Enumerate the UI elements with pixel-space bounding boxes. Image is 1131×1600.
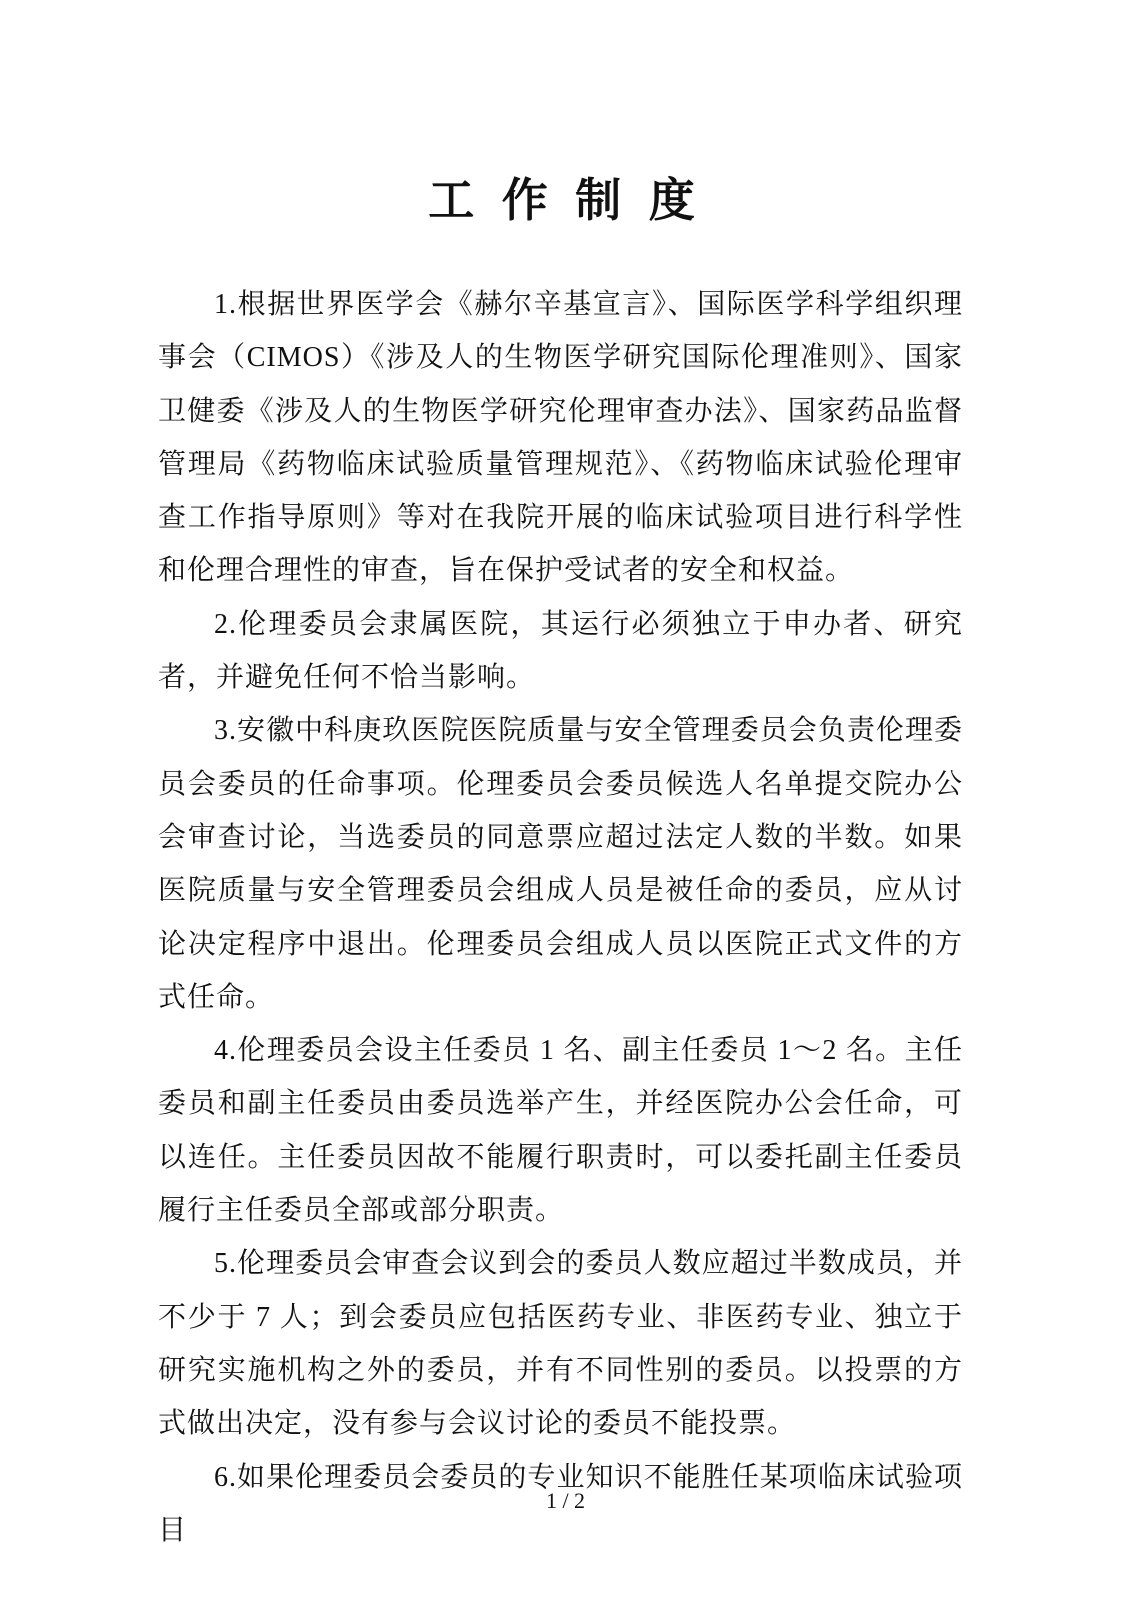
paragraph-2: 2.伦理委员会隶属医院，其运行必须独立于申办者、研究者，并避免任何不恰当影响。: [158, 598, 963, 705]
page-number: 1 / 2: [0, 1488, 1131, 1514]
paragraph-4: 4.伦理委员会设主任委员 1 名、副主任委员 1～2 名。主任委员和副主任委员由…: [158, 1024, 963, 1237]
page-title: 工 作 制 度: [0, 0, 1131, 226]
paragraph-1: 1.根据世界医学会《赫尔辛基宣言》、国际医学科学组织理事会（CIMOS）《涉及人…: [158, 278, 963, 598]
document-body: 1.根据世界医学会《赫尔辛基宣言》、国际医学科学组织理事会（CIMOS）《涉及人…: [0, 226, 1131, 1557]
paragraph-3: 3.安徽中科庚玖医院医院质量与安全管理委员会负责伦理委员会委员的任命事项。伦理委…: [158, 704, 963, 1024]
paragraph-5: 5.伦理委员会审查会议到会的委员人数应超过半数成员，并不少于 7 人；到会委员应…: [158, 1237, 963, 1450]
document-page: 工 作 制 度 1.根据世界医学会《赫尔辛基宣言》、国际医学科学组织理事会（CI…: [0, 0, 1131, 1600]
